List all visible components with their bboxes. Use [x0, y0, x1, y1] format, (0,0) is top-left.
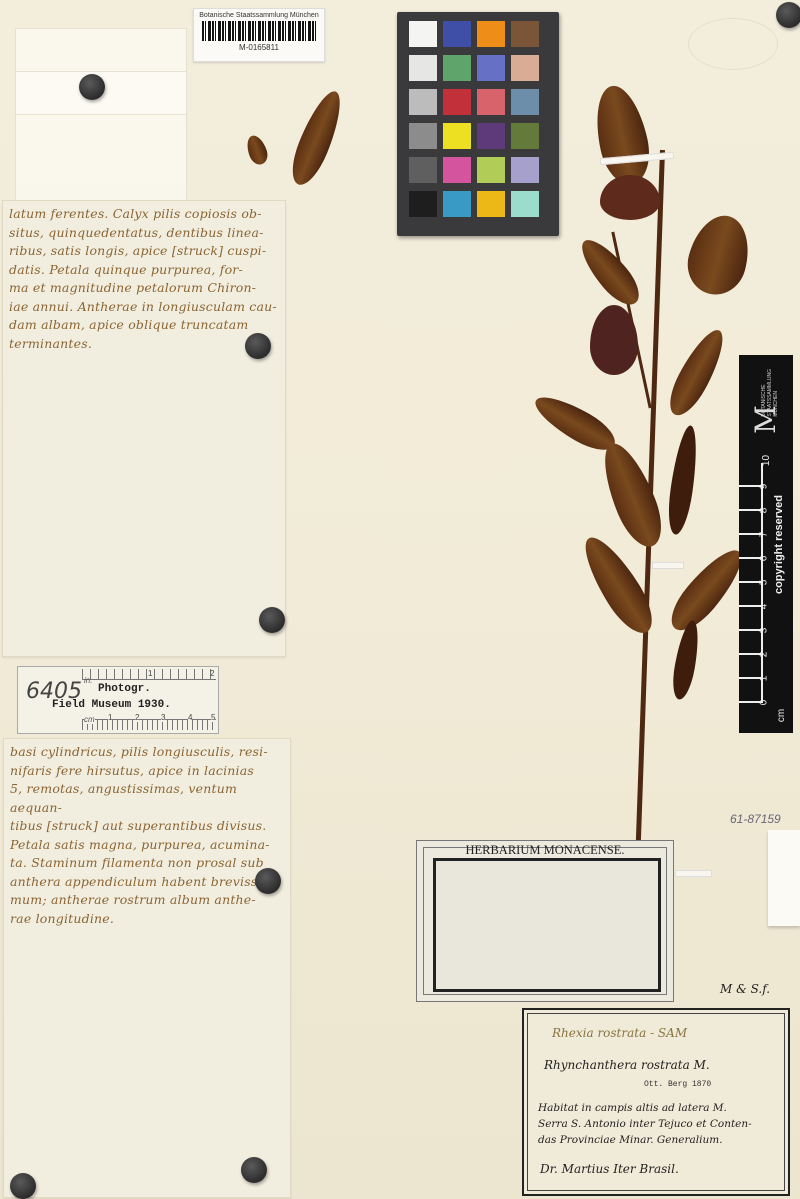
color-swatch — [511, 21, 539, 47]
color-swatch — [443, 123, 471, 149]
fragment-packet — [15, 28, 187, 202]
magnet — [255, 868, 281, 894]
magnet — [79, 74, 105, 100]
magnet — [245, 333, 271, 359]
color-swatch — [477, 55, 505, 81]
color-swatch — [511, 191, 539, 217]
ruler-copyright: copyright reserved — [773, 495, 785, 594]
description-text: latum ferentes. Calyx pilis copiosis ob-… — [3, 201, 285, 357]
institution-name: Botanische Staatssammlung München — [194, 12, 324, 19]
institution-logo: M BOTANISCHE STAATSSAMMLUNG MÜNCHEN — [739, 363, 793, 453]
color-swatch — [477, 157, 505, 183]
color-swatch — [409, 123, 437, 149]
color-swatch — [477, 89, 505, 115]
magnet — [241, 1157, 267, 1183]
color-swatch — [409, 21, 437, 47]
color-swatch — [477, 123, 505, 149]
color-swatch — [443, 191, 471, 217]
color-swatch — [511, 89, 539, 115]
loose-flower-fragment — [243, 133, 270, 167]
magnet — [10, 1173, 36, 1199]
collector-initials: M & S.f. — [720, 982, 770, 996]
photo-scale-label: in. 1 2 6405 Photogr. Field Museum 1930.… — [17, 666, 219, 734]
leaf — [661, 324, 732, 422]
color-swatch — [443, 89, 471, 115]
leaf — [573, 232, 647, 313]
leaf — [669, 619, 703, 701]
barcode-label: Botanische Staatssammlung München M-0165… — [193, 8, 325, 62]
color-swatch — [511, 55, 539, 81]
magnet — [259, 607, 285, 633]
flower-cluster — [600, 175, 660, 220]
color-swatch — [443, 21, 471, 47]
herbarium-title: HERBARIUM MONACENSE. — [417, 843, 673, 858]
description-text: basi cylindricus, pilis longiusculis, re… — [4, 739, 290, 932]
scale-ruler: M BOTANISCHE STAATSSAMMLUNG MÜNCHEN copy… — [739, 355, 793, 733]
color-swatch — [477, 191, 505, 217]
accession-number: 61-87159 — [730, 812, 781, 826]
leaf — [593, 437, 671, 554]
color-swatch — [409, 89, 437, 115]
color-swatch — [409, 191, 437, 217]
color-swatch — [443, 157, 471, 183]
paper-slip — [768, 830, 800, 926]
mounting-strap — [675, 870, 712, 877]
mounting-strap — [652, 562, 684, 569]
color-swatch — [409, 55, 437, 81]
blank-label-area — [433, 858, 661, 992]
flower-cluster — [588, 81, 656, 189]
barcode — [202, 21, 316, 41]
loose-leaf-fragment — [284, 86, 349, 190]
color-swatch — [409, 157, 437, 183]
herbarium-label: HERBARIUM MONACENSE. — [416, 840, 674, 1002]
color-swatch — [511, 123, 539, 149]
magnet — [776, 2, 800, 28]
cm-ruler — [82, 719, 216, 730]
description-note-top: latum ferentes. Calyx pilis copiosis ob-… — [2, 200, 286, 657]
locality-label: Rhexia rostrata - SAM Rhynchanthera rost… — [522, 1008, 790, 1196]
description-note-bottom: basi cylindricus, pilis longiusculis, re… — [3, 738, 291, 1198]
flower-cluster — [681, 209, 758, 301]
herbarium-sheet: Botanische Staatssammlung München M-0165… — [0, 0, 800, 1199]
ruler-numbers: 10 9 8 7 6 5 4 3 2 1 0 — [761, 455, 773, 725]
color-swatch — [477, 21, 505, 47]
taxon-name: Rhynchanthera rostrata M. — [544, 1058, 710, 1072]
collector-expedition: Dr. Martius Iter Brasil. — [540, 1162, 679, 1176]
embossed-seal — [688, 18, 778, 70]
leaf — [664, 424, 701, 536]
color-swatch — [443, 55, 471, 81]
determiner-stamp: Ott. Berg 1870 — [644, 1080, 711, 1089]
color-swatch — [511, 157, 539, 183]
color-calibration-chart — [397, 12, 559, 236]
determination-annotation: Rhexia rostrata - SAM — [552, 1026, 687, 1040]
catalog-number: M-0165811 — [194, 43, 324, 52]
habitat-text: Habitat in campis altis ad latera M. Ser… — [538, 1100, 752, 1148]
